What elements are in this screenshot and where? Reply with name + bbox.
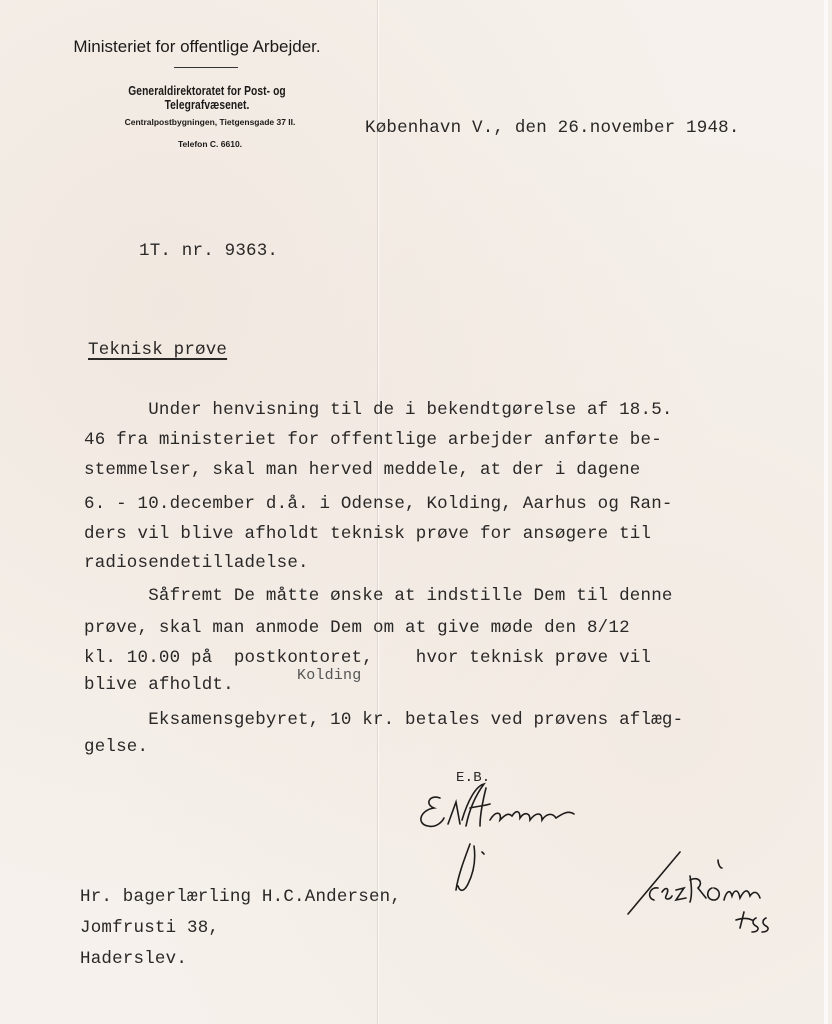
body-line: ders vil blive afholdt teknisk prøve for… <box>84 524 651 544</box>
body-line: stemmelser, skal man herved meddele, at … <box>84 460 641 480</box>
recipient-line-1: Hr. bagerlærling H.C.Andersen, <box>80 887 401 907</box>
body-line: radiosendetilladelse. <box>84 553 309 573</box>
body-line: gelse. <box>84 737 148 757</box>
inserted-location: Kolding <box>297 667 361 684</box>
letter-page: Ministeriet for offentlige Arbejder. Gen… <box>0 0 828 1024</box>
signature-hansen <box>412 780 602 900</box>
body-line: Såfremt De måtte ønske at indstille Dem … <box>84 586 673 606</box>
paper-edge <box>824 0 828 1024</box>
letterhead-telephone: Telefon C. 6610. <box>140 139 280 149</box>
body-line: kl. 10.00 på postkontoret, hvor teknisk … <box>84 648 651 668</box>
recipient-line-3: Haderslev. <box>80 949 187 969</box>
letterhead-rule <box>174 67 238 68</box>
signature-petersen <box>620 848 790 938</box>
body-line: prøve, skal man anmode Dem om at give mø… <box>84 618 630 638</box>
body-line: 6. - 10.december d.å. i Odense, Kolding,… <box>84 494 673 514</box>
letterhead-ministry: Ministeriet for offentlige Arbejder. <box>52 37 342 57</box>
date-line: København V., den 26.november 1948. <box>365 118 740 138</box>
letterhead-address: Centralpostbygningen, Tietgensgade 37 II… <box>100 117 320 127</box>
body-line: Under henvisning til de i bekendtgørelse… <box>84 400 673 420</box>
letterhead-directorate: Generaldirektoratet for Post- og Telegra… <box>88 84 326 112</box>
body-line: blive afholdt. <box>84 675 234 695</box>
reference-number: 1T. nr. 9363. <box>139 241 278 261</box>
recipient-line-2: Jomfrusti 38, <box>80 918 219 938</box>
subject-heading: Teknisk prøve <box>88 340 227 360</box>
body-line: Eksamensgebyret, 10 kr. betales ved prøv… <box>84 710 683 730</box>
body-line: 46 fra ministeriet for offentlige arbejd… <box>84 430 662 450</box>
